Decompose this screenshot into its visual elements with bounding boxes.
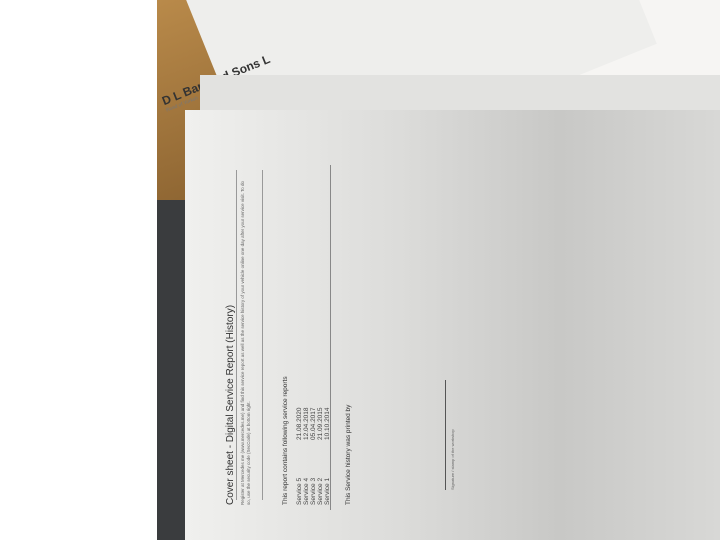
left-margin bbox=[0, 0, 157, 540]
service-name: Service 5 bbox=[296, 478, 303, 505]
underlying-page bbox=[200, 75, 720, 115]
document-title: Cover sheet - Digital Service Report (Hi… bbox=[225, 305, 236, 505]
photo-frame: D L Barr and Sons L Road of Yorksh Cover… bbox=[0, 0, 720, 540]
divider bbox=[236, 170, 237, 500]
service-name: Service 4 bbox=[303, 478, 310, 505]
divider bbox=[330, 165, 331, 510]
service-date: 21.09.2015 bbox=[317, 407, 324, 440]
service-name: Service 2 bbox=[317, 478, 324, 505]
service-name: Service 3 bbox=[310, 478, 317, 505]
intro-text: Register at Mercedes me (www.mercedes.me… bbox=[240, 175, 252, 505]
service-date: 21.08.2020 bbox=[296, 407, 303, 440]
divider bbox=[262, 170, 263, 500]
service-date: 12.04.2018 bbox=[303, 407, 310, 440]
printed-by-label: This Service history was printed by bbox=[345, 405, 352, 505]
signature-line bbox=[445, 380, 446, 490]
signature-label: Signature / stamp of the workshop bbox=[450, 429, 455, 490]
reports-heading: This report contains following service r… bbox=[282, 376, 289, 505]
service-date: 05.04.2017 bbox=[310, 407, 317, 440]
